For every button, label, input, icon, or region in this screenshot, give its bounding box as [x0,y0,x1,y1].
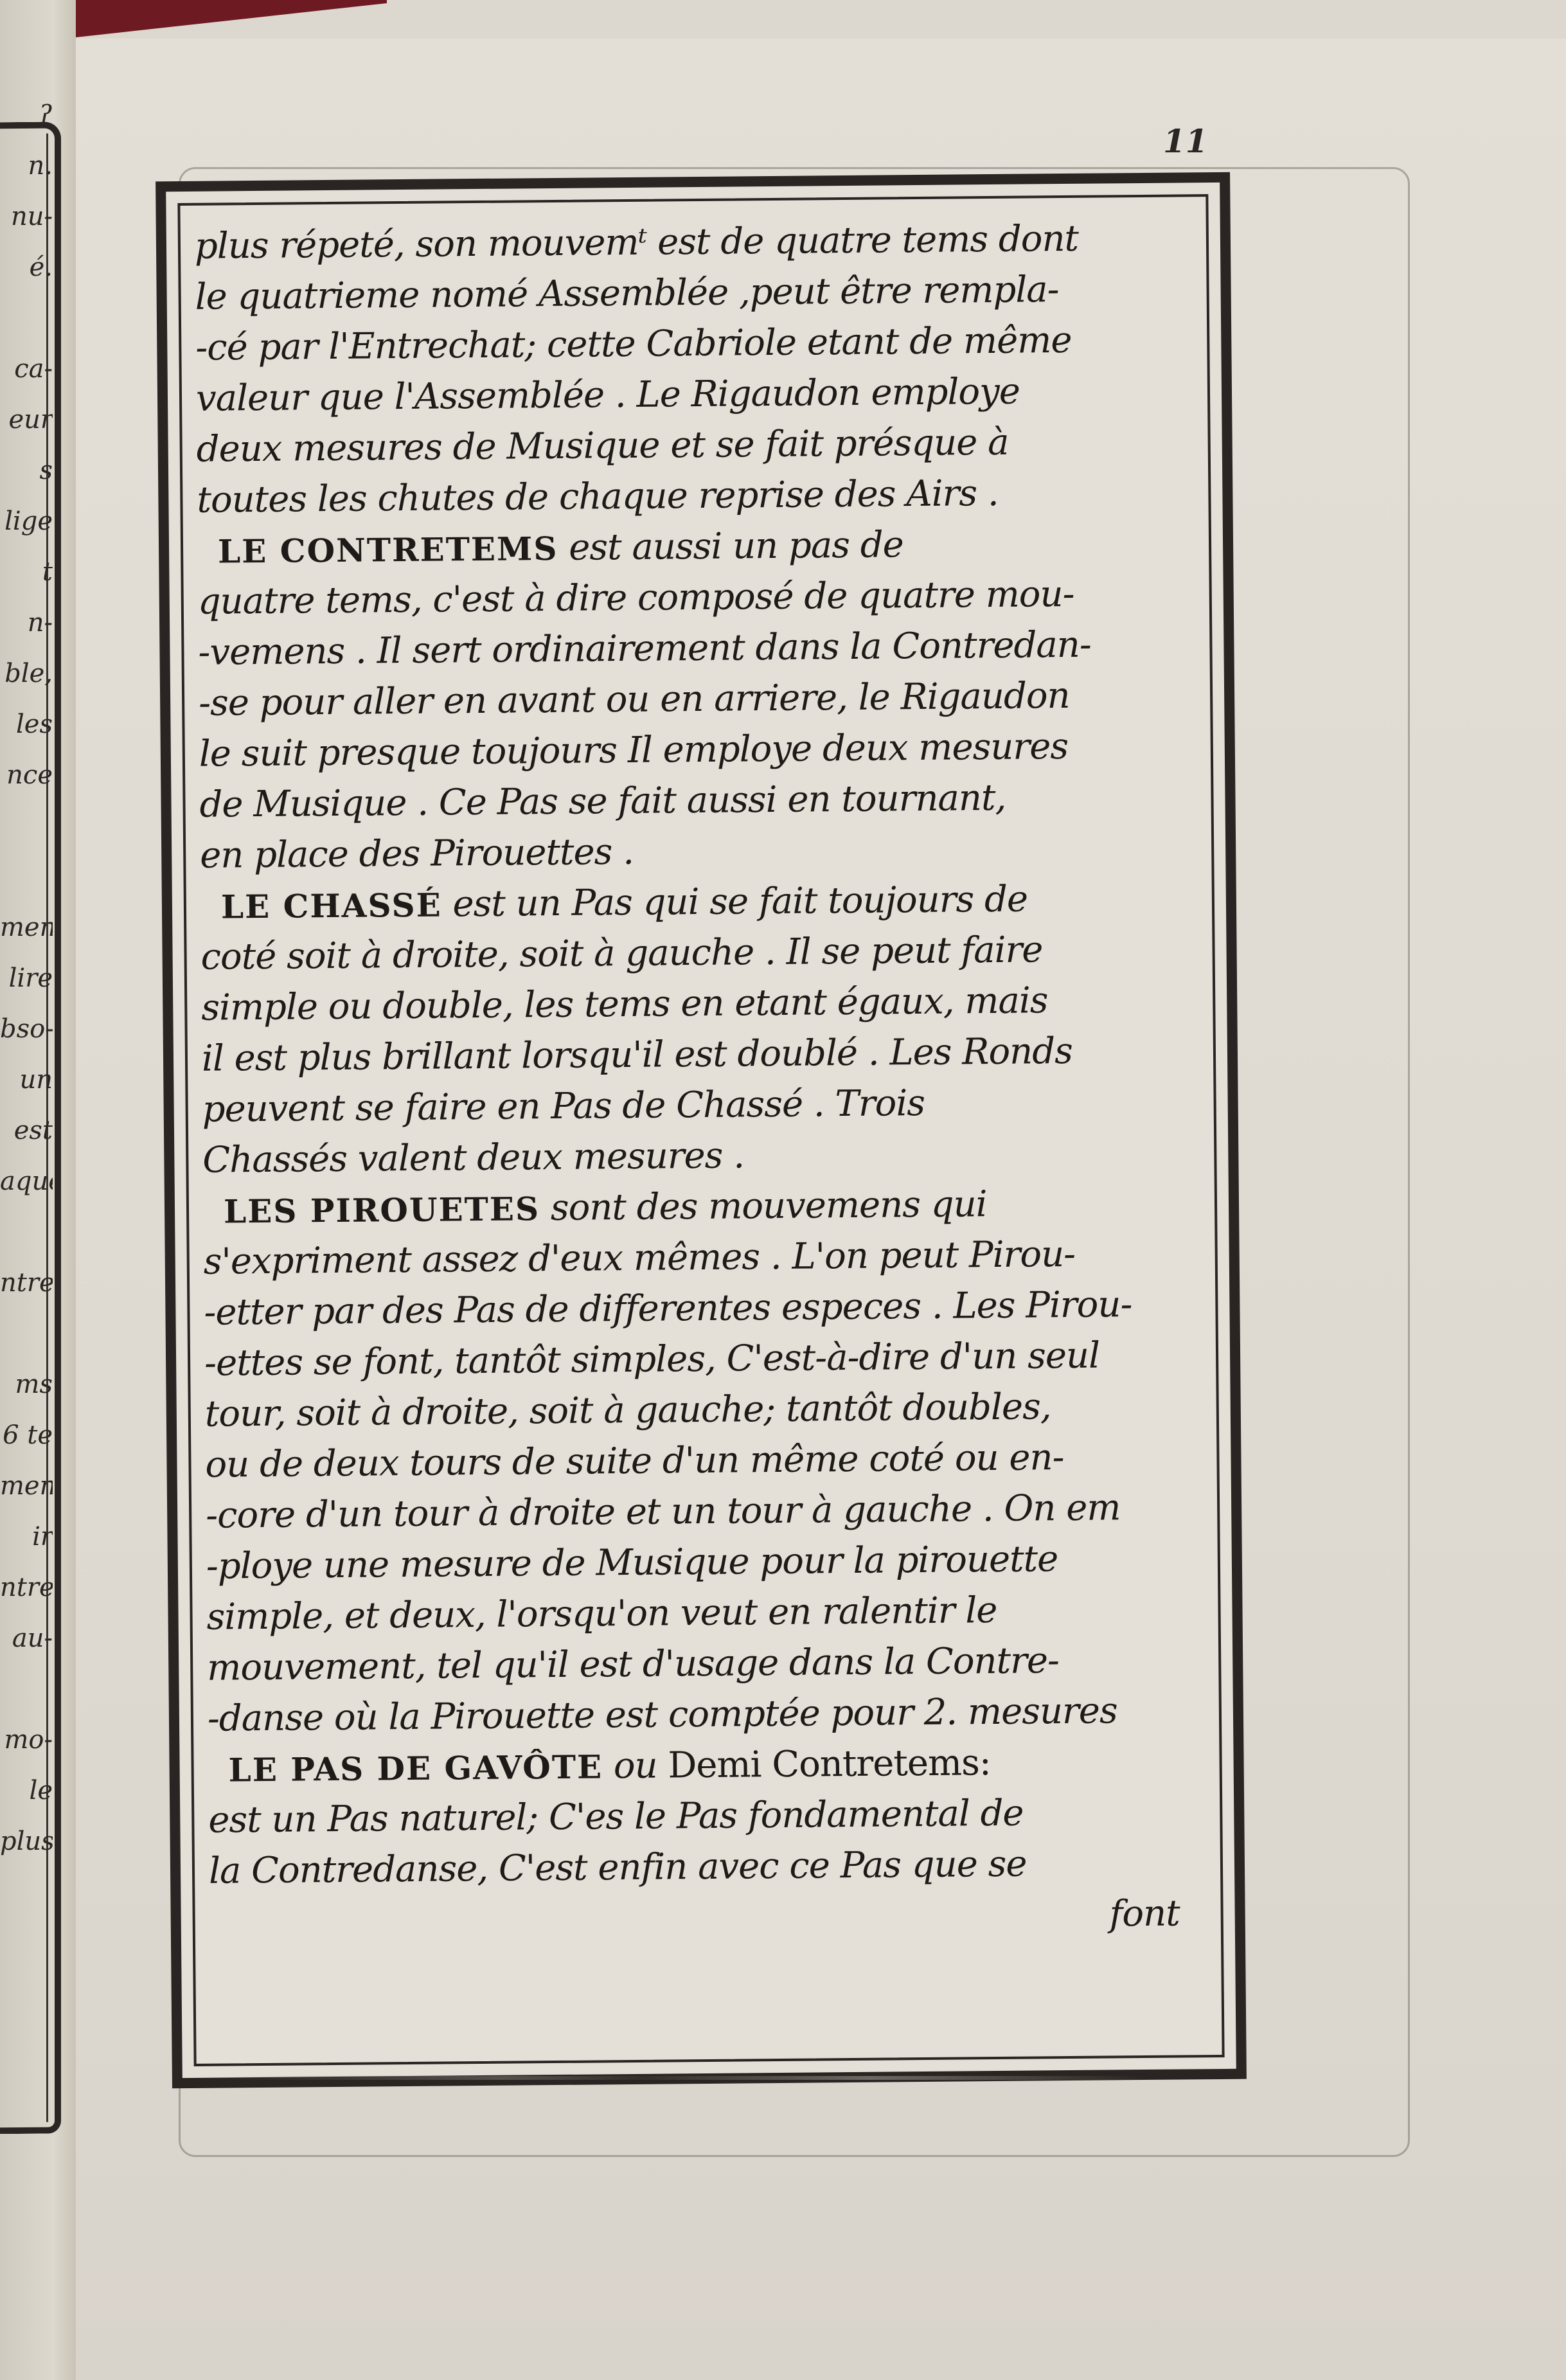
line-text: -ettes se font, tantôt simples, C'est-à-… [204,1335,1099,1384]
text-line: le suit presque toujours Il employe deux… [199,720,1196,780]
text-line: -vemens . Il sert ordinairement dans la … [198,618,1195,678]
book-cover-edge [53,0,387,40]
line-text: le suit presque toujours Il employe deux… [199,726,1069,775]
left-fragment-line [0,293,53,344]
text-line: ou de deux tours de suite d'un même coté… [205,1431,1202,1490]
left-page-fragment: ʔn.nu-é. ca-eursligetn-ble,lesnce mentli… [0,0,76,2380]
left-fragment-line: ir [0,1512,53,1562]
text-line: LE CHASSÉ est un Pas qui se fait toujour… [200,872,1197,932]
left-fragment-line: 6 te [0,1410,53,1461]
section-heading: LE CHASSÉ [221,886,442,926]
text-line: valeur que l'Assemblée . Le Rigaudon emp… [196,364,1193,424]
catchword: font [209,1888,1206,1947]
left-fragment-line: plus [0,1816,53,1867]
left-fragment-line [0,1207,53,1258]
left-fragment-line: ʔ [0,90,53,141]
left-fragment-line: nu- [0,192,53,242]
section-heading: LE CONTRETEMS [218,530,558,571]
left-fragment-line: ble, [0,649,53,699]
line-text: -se pour aller en avant ou en arriere, l… [199,675,1070,724]
left-fragment-line: ntre- [0,1258,53,1309]
text-line: simple, et deux, l'orsqu'on veut en rale… [206,1583,1203,1643]
line-text: s'expriment assez d'eux mêmes . L'on peu… [203,1233,1075,1283]
left-fragment-line: n- [0,598,53,649]
line-text: toutes les chutes de chaque reprise des … [197,472,999,521]
left-fragment-line: est [0,1105,53,1156]
line-text: de Musique . Ce Pas se fait aussi en tou… [199,777,1006,826]
text-line: -ettes se font, tantôt simples, C'est-à-… [204,1329,1201,1389]
left-fragment-line: t [0,547,53,598]
text-line: il est plus brillant lorsqu'il est doubl… [202,1024,1198,1084]
text-line: LE CONTRETEMS est aussi un pas de [197,517,1194,577]
line-text: valeur que l'Assemblée . Le Rigaudon emp… [196,371,1020,420]
text-line: -etter par des Pas de differentes espece… [204,1278,1200,1338]
roman-text: Demi Contretems: [668,1742,991,1786]
text-line: -ploye une mesure de Musique pour la pir… [206,1532,1203,1592]
left-fragment-line [0,1309,53,1359]
engraved-text: plus répeté, son mouvemᵗ est de quatre t… [195,212,1206,1947]
line-text: ou de deux tours de suite d'un même coté… [205,1436,1064,1486]
text-line: toutes les chutes de chaque reprise des … [197,466,1193,526]
line-text: -ploye une mesure de Musique pour la pir… [206,1538,1058,1588]
line-text: -cé par l'Entrechat; cette Cabriole etan… [195,319,1072,369]
left-fragment-line [0,1664,53,1715]
text-line: simple ou double, les tems en etant égau… [201,974,1198,1033]
line-text: simple ou double, les tems en etant égau… [201,980,1048,1028]
line-text: en place des Pirouettes . [200,831,634,877]
line-text: sont des mouvemens qui [540,1183,987,1229]
left-fragment-line: n. [0,141,53,192]
left-page-text-fragments: ʔn.nu-é. ca-eursligetn-ble,lesnce mentli… [0,90,53,1867]
left-fragment-line: bso- [0,1004,53,1055]
text-line: de Musique . Ce Pas se fait aussi en tou… [199,771,1196,830]
line-text: coté soit à droite, soit à gauche . Il s… [200,929,1042,978]
text-line: la Contredanse, C'est enfin avec ce Pas … [209,1837,1206,1897]
left-fragment-line [0,801,53,852]
left-fragment-line: ntre- [0,1562,53,1613]
left-fragment-line [0,852,53,902]
left-fragment-line: é. [0,242,53,293]
line-text: plus répeté, son mouvemᵗ est de quatre t… [195,218,1079,267]
line-text: ou [603,1744,668,1787]
text-line: le quatrieme nomé Assemblée ,peut être r… [195,263,1191,323]
left-fragment-line: aque [0,1156,53,1207]
line-text: -etter par des Pas de differentes espece… [204,1284,1132,1334]
engraved-frame: plus répeté, son mouvemᵗ est de quatre t… [156,172,1247,2088]
line-text: Chassés valent deux mesures . [202,1134,744,1181]
left-fragment-line: lige [0,496,53,547]
line-text: est un Pas qui se fait toujours de [441,879,1028,926]
text-line: -danse où la Pirouette est comptée pour … [208,1685,1204,1744]
line-text: deux mesures de Musique et se fait présq… [196,422,1008,470]
line-text: mouvement, tel qu'il est d'usage dans la… [207,1640,1059,1689]
line-text: est aussi un pas de [558,524,903,569]
text-line: plus répeté, son mouvemᵗ est de quatre t… [195,212,1191,272]
text-line: en place des Pirouettes . [200,821,1197,881]
line-text: -core d'un tour à droite et un tour à ga… [206,1487,1121,1536]
line-text: simple, et deux, l'orsqu'on veut en rale… [206,1589,997,1638]
text-line: tour, soit à droite, soit à gauche; tant… [204,1380,1201,1440]
line-text: tour, soit à droite, soit à gauche; tant… [205,1386,1051,1435]
section-heading: LE PAS DE GAVÔTE [228,1748,603,1789]
line-text: la Contredanse, C'est enfin avec ce Pas … [209,1843,1027,1892]
text-line: Chassés valent deux mesures . [202,1126,1199,1186]
plate-bottom-rule [231,2076,1144,2080]
line-text: le quatrieme nomé Assemblée ,peut être r… [195,269,1058,318]
left-fragment-line: eur [0,395,53,445]
line-text: il est plus brillant lorsqu'il est doubl… [202,1030,1072,1080]
page-number: 11 [1163,122,1208,160]
text-line: mouvement, tel qu'il est d'usage dans la… [207,1634,1204,1694]
left-fragment-line: ment [0,902,53,953]
text-line: est un Pas naturel; C'es le Pas fondamen… [208,1786,1205,1846]
section-heading: LES PIROUETES [224,1190,540,1230]
left-fragment-line: mo- [0,1715,53,1766]
text-line: deux mesures de Musique et se fait présq… [196,415,1193,475]
left-fragment-line: un [0,1055,53,1105]
text-line: quatre tems, c'est à dire composé de qua… [197,568,1194,627]
left-fragment-line: au- [0,1613,53,1664]
line-text: -vemens . Il sert ordinairement dans la … [198,624,1091,674]
engraved-frame-inner: plus répeté, son mouvemᵗ est de quatre t… [177,194,1224,2066]
left-fragment-line: ms [0,1359,53,1410]
line-text: peuvent se faire en Pas de Chassé . Troi… [202,1082,925,1131]
line-text: -danse où la Pirouette est comptée pour … [208,1690,1117,1739]
left-fragment-line: ment [0,1461,53,1512]
left-fragment-line: les [0,699,53,750]
text-line: -cé par l'Entrechat; cette Cabriole etan… [195,314,1192,373]
left-fragment-line: nce [0,750,53,801]
text-line: -core d'un tour à droite et un tour à ga… [206,1481,1202,1541]
text-line: coté soit à droite, soit à gauche . Il s… [200,923,1197,983]
line-text: quatre tems, c'est à dire composé de qua… [198,573,1074,623]
line-text: est un Pas naturel; C'es le Pas fondamen… [208,1793,1024,1841]
text-line: -se pour aller en avant ou en arriere, l… [199,669,1195,729]
text-line: s'expriment assez d'eux mêmes . L'on peu… [203,1228,1200,1287]
left-fragment-line: ca- [0,344,53,395]
text-line: peuvent se faire en Pas de Chassé . Troi… [202,1075,1198,1135]
text-line: LE PAS DE GAVÔTE ou Demi Contretems: [208,1735,1204,1795]
left-fragment-line: lire [0,953,53,1004]
text-line: LES PIROUETES sont des mouvemens qui [203,1177,1200,1237]
left-fragment-line: s [0,445,53,496]
left-fragment-line: le [0,1766,53,1816]
